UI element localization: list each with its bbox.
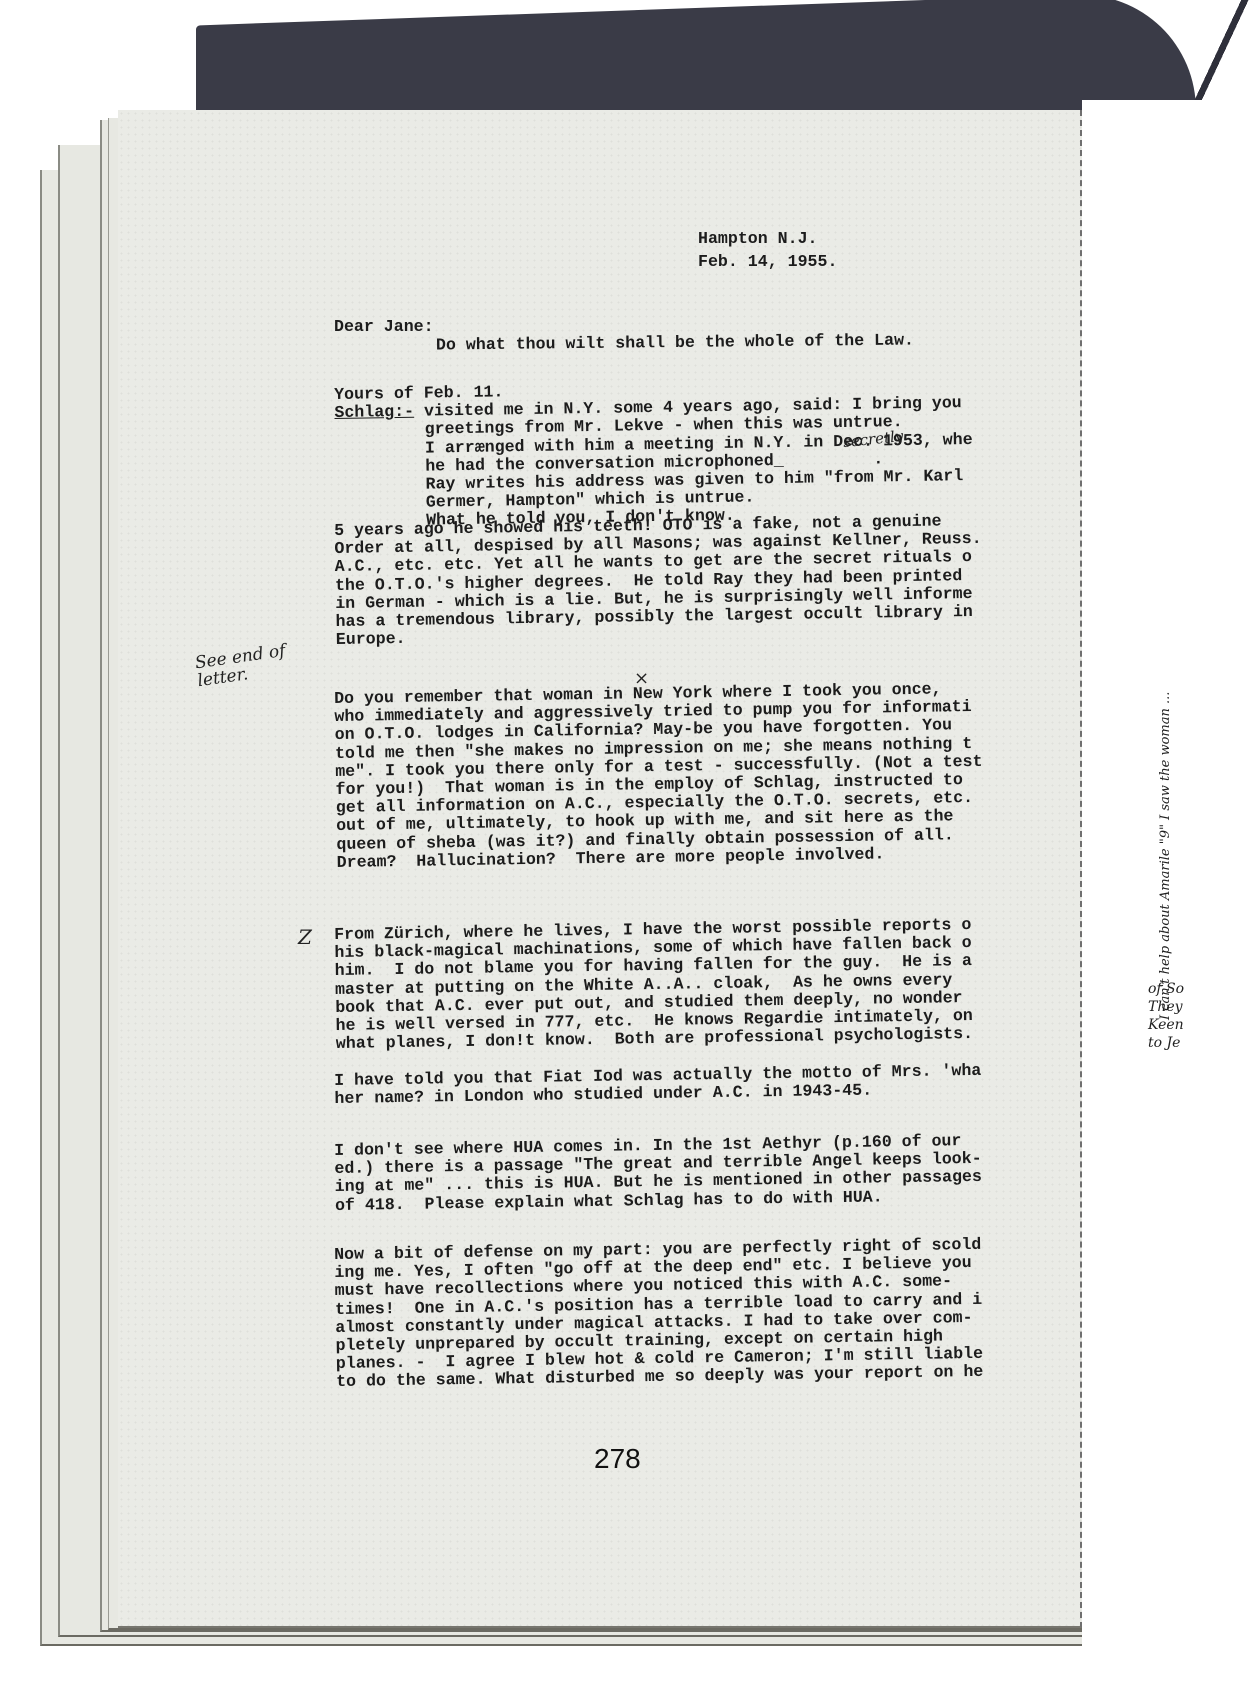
binder-cover-edge [1183,0,1253,110]
handwritten-fragment: of So [1148,980,1184,998]
paragraph-woman: Do you remember that woman in New York w… [334,678,1077,871]
schlag-label: Schlag:- [334,402,414,422]
facing-page-handwriting: I can't help about Amarile "9" I saw the… [1128,340,1248,1040]
handwritten-fragment: They [1148,998,1184,1016]
paragraph-zurich: From Zürich, where he lives, I have the … [334,914,1076,1053]
handwritten-fragment: to Je [1148,1034,1184,1052]
invocation: Do what thou wilt shall be the whole of … [436,331,914,354]
paragraph-fiat-iod: I have told you that Fiat Iod was actual… [334,1060,1074,1108]
salutation: Dear Jane: [334,318,434,336]
handwritten-margin-mark: Z [298,928,312,946]
handwritten-margin-note: See end of letter. [194,642,289,690]
letter-date: Feb. 14, 1955. [698,253,837,271]
paragraph-oto: 5 years ago he showed his teeth! OTO is … [334,510,1076,649]
letter-page: Hampton N.J. Feb. 14, 1955. Dear Jane: D… [118,110,1082,1628]
handwritten-x-mark: × [634,670,649,688]
page-number: 278 [594,1450,641,1468]
vertical-handwritten-note: I can't help about Amarile "9" I saw the… [1158,692,1174,1020]
paragraph-hua: I don't see where HUA comes in. In the 1… [334,1130,1075,1214]
opening-section: Yours of Feb. 11. Schlag:- visited me in… [334,374,1076,531]
paragraph-defense: Now a bit of defense on my part: you are… [334,1234,1076,1391]
handwritten-fragment: Keen [1148,1016,1184,1034]
lower-handwritten-notes: of So They Keen to Je [1148,980,1184,1052]
letter-place: Hampton N.J. [698,230,818,248]
typed-letter: Hampton N.J. Feb. 14, 1955. Dear Jane: D… [118,110,1080,1626]
